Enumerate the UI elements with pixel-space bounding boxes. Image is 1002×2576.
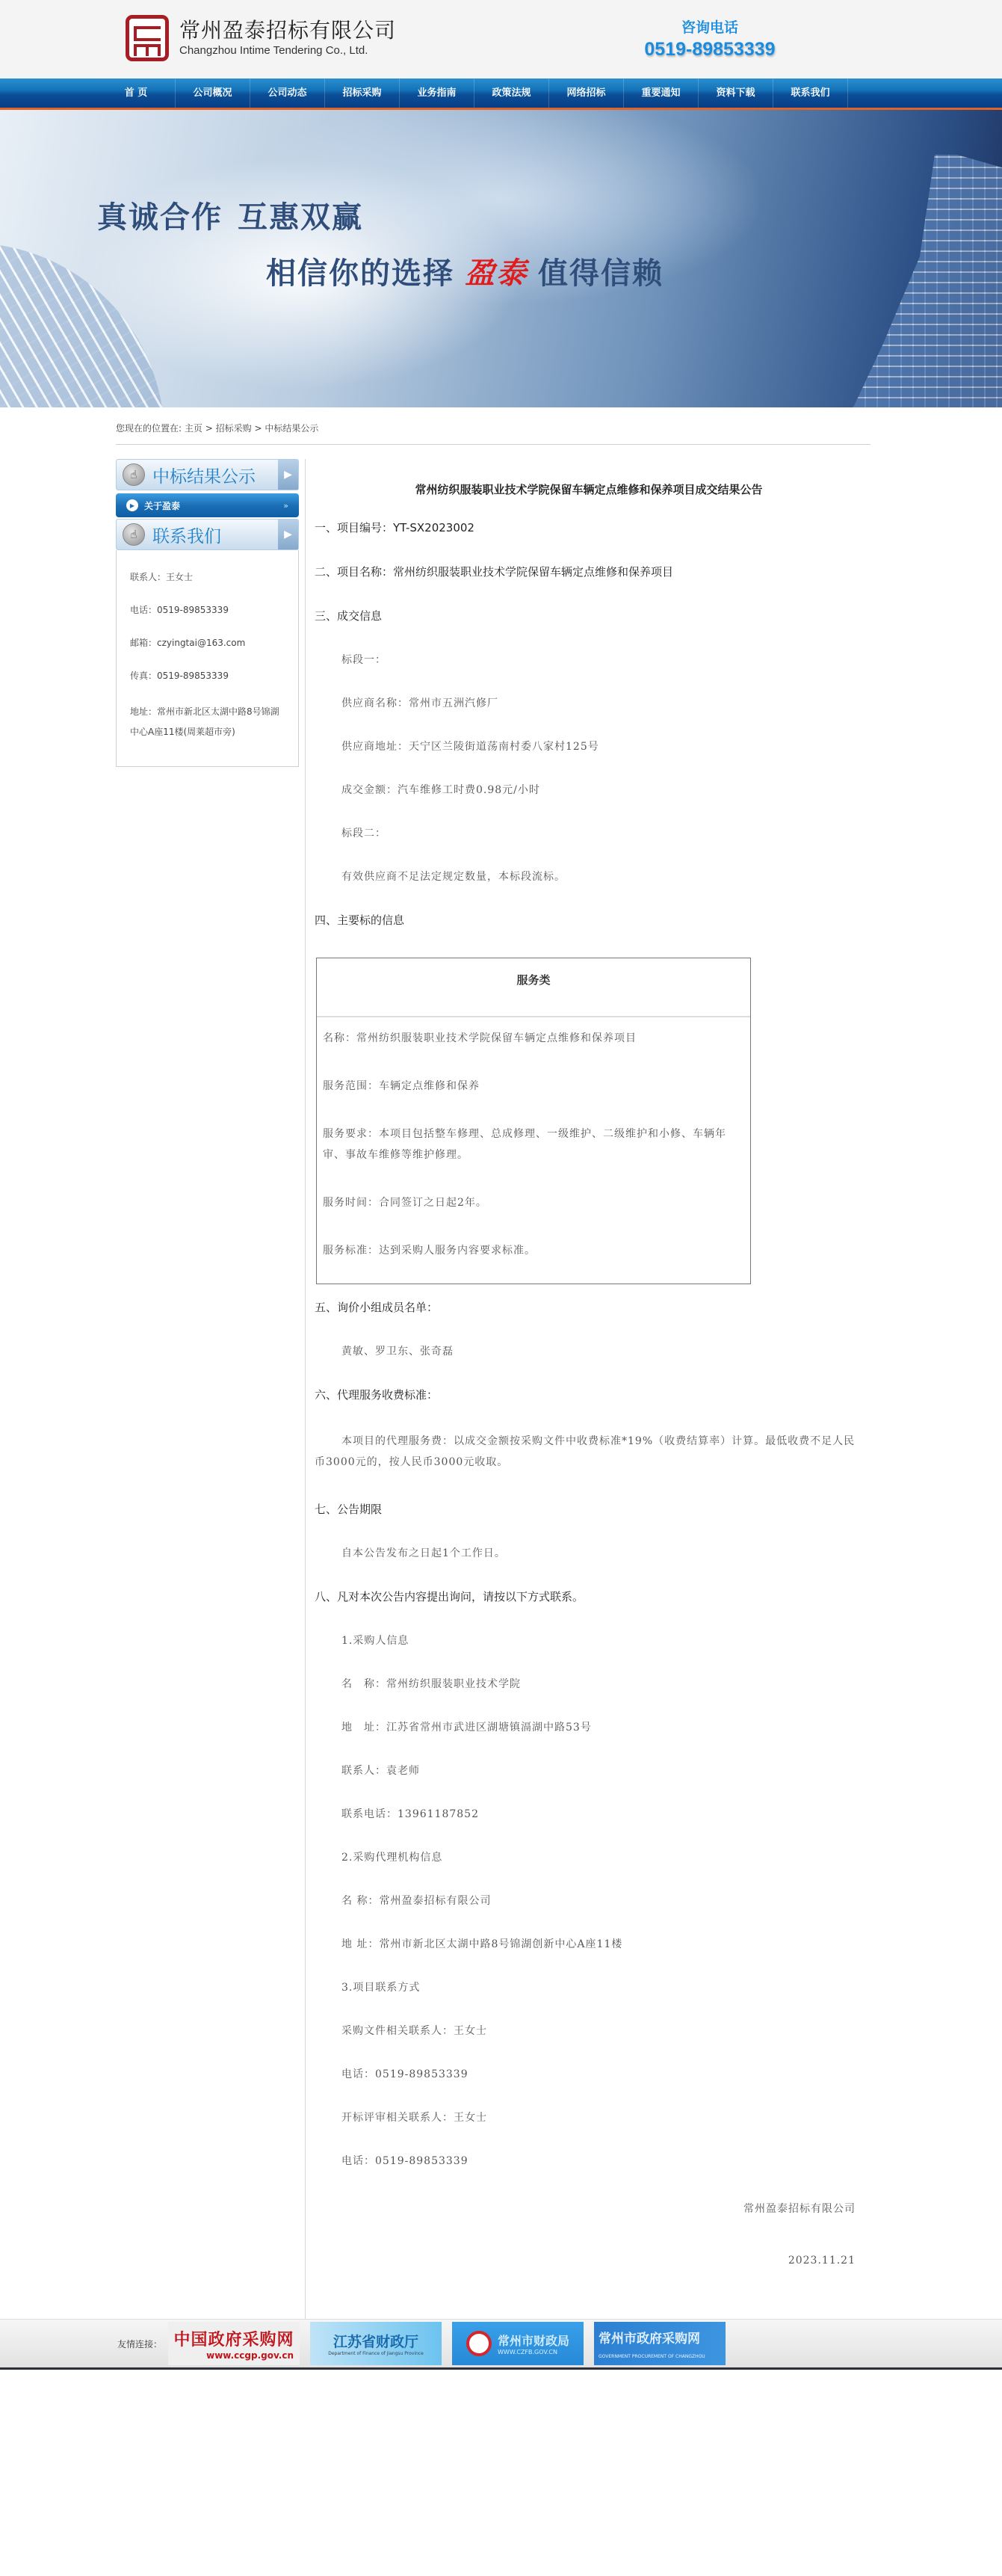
company-name-cn: 常州盈泰招标有限公司 — [179, 18, 396, 43]
sidebar-item-label: 关于盈泰 — [144, 499, 180, 512]
table-row: 服务时间：合同签订之日起2年。 — [323, 1192, 744, 1213]
hotline-label: 咨询电话 — [643, 18, 777, 37]
breadcrumb-tender[interactable]: 招标采购 — [216, 423, 252, 434]
banner-slogan-2: 相信你的选择盈泰值得信赖 — [266, 250, 664, 292]
contact-title: 联系我们 — [152, 523, 221, 547]
panel-members: 黄敏、罗卫东、张奇磊 — [341, 1343, 863, 1358]
nav-notices[interactable]: 重要通知 — [624, 78, 699, 108]
eval-phone: 电话：0519-89853339 — [341, 2153, 863, 2168]
nav-downloads[interactable]: 资料下载 — [699, 78, 773, 108]
nav-company-news[interactable]: 公司动态 — [250, 78, 325, 108]
friend-links-label: 友情连接： — [117, 2338, 162, 2350]
sidebar-section-title: 中标结果公示 — [152, 463, 256, 487]
purchaser-contact: 联系人：袁老师 — [341, 1763, 863, 1778]
lot1-supplier-address: 供应商地址：天宁区兰陵街道荡南村委八家村125号 — [341, 739, 863, 754]
eval-contact: 开标评审相关联系人：王女士 — [341, 2110, 863, 2124]
purchaser-title: 1.采购人信息 — [341, 1633, 863, 1648]
lot2-label: 标段二： — [341, 825, 863, 840]
emblem-icon — [466, 2331, 492, 2356]
lot2-note: 有效供应商不足法定规定数量，本标段流标。 — [341, 869, 863, 884]
section-notice-period: 七、公告期限 — [315, 1501, 863, 1517]
section-subject-info: 四、主要标的信息 — [315, 912, 863, 928]
lot1-amount: 成交金额：汽车维修工时费0.98元/小时 — [341, 782, 863, 797]
contact-email: 邮箱：czyingtai@163.com — [130, 636, 285, 650]
table-row: 名称：常州纺织服装职业技术学院保留车辆定点维修和保养项目 — [323, 1028, 744, 1049]
breadcrumb-prefix: 您现在的位置在: — [116, 423, 182, 434]
site-header: 常州盈泰招标有限公司 Changzhou Intime Tendering Co… — [0, 0, 1002, 78]
hero-banner: 真诚合作互惠双赢 相信你的选择盈泰值得信赖 — [0, 110, 1002, 407]
main-nav: 首 页 公司概况 公司动态 招标采购 业务指南 政策法规 网络招标 重要通知 资… — [0, 78, 1002, 110]
table-row: 服务标准：达到采购人服务内容要求标准。 — [323, 1240, 744, 1261]
doc-phone: 电话：0519-89853339 — [341, 2066, 863, 2081]
purchaser-address: 地 址：江苏省常州市武进区湖塘镇滆湖中路53号 — [341, 1719, 863, 1734]
contact-fax: 传真：0519-89853339 — [130, 669, 285, 682]
nav-online-tender[interactable]: 网络招标 — [549, 78, 624, 108]
contact-header: ☝ 联系我们 ▶ — [116, 519, 299, 550]
nav-business-guide[interactable]: 业务指南 — [400, 78, 474, 108]
section-agency-fee: 六、代理服务收费标准： — [315, 1387, 863, 1402]
purchaser-name: 名 称：常州纺织服装职业技术学院 — [341, 1676, 863, 1691]
doc-contact: 采购文件相关联系人：王女士 — [341, 2023, 863, 2038]
hand-pointer-icon: ☝ — [123, 523, 145, 546]
agency-title: 2.采购代理机构信息 — [341, 1849, 863, 1864]
banner-slogan-1: 真诚合作互惠双赢 — [97, 194, 363, 236]
link-jiangsu-finance[interactable]: 江苏省财政厅 Department of Finance of Jiangsu … — [310, 2322, 442, 2365]
hotline: 咨询电话 0519-89853339 — [643, 18, 777, 61]
agency-address: 地 址：常州市新北区太湖中路8号锦湖创新中心A座11楼 — [341, 1936, 863, 1951]
nav-company-overview[interactable]: 公司概况 — [176, 78, 250, 108]
table-row: 服务范围：车辆定点维修和保养 — [323, 1076, 744, 1097]
subject-info-table: 服务类 名称：常州纺织服装职业技术学院保留车辆定点维修和保养项目 服务范围：车辆… — [316, 958, 751, 1284]
section-contact: 八、凡对本次公告内容提出询问，请按以下方式联系。 — [315, 1589, 863, 1604]
logo-mark-icon — [126, 15, 169, 61]
building-right-image — [853, 155, 1002, 407]
play-circle-icon: ▶ — [126, 499, 138, 511]
link-changzhou-procurement[interactable]: 常州市政府采购网 GOVERNMENT PROCUREMENT OF CHANG… — [594, 2322, 726, 2365]
project-contact-title: 3.项目联系方式 — [341, 1979, 863, 1994]
signature: 常州盈泰招标有限公司 — [315, 2201, 863, 2216]
agency-fee: 本项目的代理服务费：以成交金额按采购文件中收费标准*19%（收费结算率）计算。最… — [315, 1431, 863, 1473]
nav-policies[interactable]: 政策法规 — [474, 78, 549, 108]
table-body: 名称：常州纺织服装职业技术学院保留车辆定点维修和保养项目 服务范围：车辆定点维修… — [317, 1017, 750, 1284]
section-panel-members: 五、询价小组成员名单： — [315, 1299, 863, 1315]
contact-address: 地址：常州市新北区太湖中路8号锦湖中心A座11楼(周莱超市旁) — [130, 702, 285, 742]
breadcrumb-current[interactable]: 中标结果公示 — [265, 423, 318, 434]
article-title: 常州纺织服装职业技术学院保留车辆定点维修和保养项目成交结果公告 — [315, 481, 863, 497]
section-deal-info: 三、成交信息 — [315, 608, 863, 623]
footer-bottom — [0, 2370, 1002, 2380]
double-chevron-icon: » — [283, 501, 288, 511]
publish-date: 2023.11.21 — [315, 2255, 863, 2267]
nav-tender-procurement[interactable]: 招标采购 — [325, 78, 400, 108]
section-project-number: 一、项目编号：YT-SX2023002 — [315, 520, 863, 535]
arrow-right-icon: ▶ — [278, 520, 298, 549]
hotline-number: 0519-89853339 — [643, 37, 777, 61]
breadcrumb-home[interactable]: 主页 — [185, 423, 202, 434]
notice-period: 自本公告发布之日起1个工作日。 — [341, 1545, 863, 1560]
company-logo[interactable]: 常州盈泰招标有限公司 Changzhou Intime Tendering Co… — [126, 15, 396, 61]
sidebar-item-about[interactable]: ▶ 关于盈泰 » — [116, 493, 299, 517]
agency-name: 名 称：常州盈泰招标有限公司 — [341, 1893, 863, 1908]
lot1-supplier-name: 供应商名称：常州市五洲汽修厂 — [341, 695, 863, 710]
friend-links: 友情连接： 中国政府采购网 www.ccgp.gov.cn 江苏省财政厅 Dep… — [0, 2319, 1002, 2370]
building-left-image — [0, 243, 164, 407]
link-ccgp[interactable]: 中国政府采购网 www.ccgp.gov.cn — [168, 2322, 300, 2365]
nav-home[interactable]: 首 页 — [97, 78, 176, 108]
breadcrumb: 您现在的位置在: 主页 > 招标采购 > 中标结果公示 — [116, 407, 870, 445]
arrow-right-icon: ▶ — [278, 460, 298, 490]
section-project-name: 二、项目名称：常州纺织服装职业技术学院保留车辆定点维修和保养项目 — [315, 564, 863, 579]
contact-box: 联系人：王女士 电话：0519-89853339 邮箱：czyingtai@16… — [116, 550, 299, 767]
table-header: 服务类 — [317, 958, 750, 1017]
nav-contact[interactable]: 联系我们 — [773, 78, 848, 108]
sidebar-section-header: ☝ 中标结果公示 ▶ — [116, 459, 299, 490]
company-name-en: Changzhou Intime Tendering Co., Ltd. — [179, 43, 396, 58]
contact-phone: 电话：0519-89853339 — [130, 603, 285, 617]
hand-pointer-icon: ☝ — [123, 463, 145, 486]
sidebar: ☝ 中标结果公示 ▶ ▶ 关于盈泰 » ☝ 联系我们 ▶ 联系人：王女士 电话：… — [116, 459, 299, 2319]
purchaser-phone: 联系电话：13961187852 — [341, 1806, 863, 1821]
link-changzhou-finance[interactable]: 常州市财政局 WWW.CZFB.GOV.CN — [452, 2322, 584, 2365]
content-wrapper: 您现在的位置在: 主页 > 招标采购 > 中标结果公示 ☝ 中标结果公示 ▶ ▶… — [116, 407, 870, 2319]
contact-person: 联系人：王女士 — [130, 570, 285, 584]
lot1-label: 标段一： — [341, 652, 863, 667]
banner-brand-name: 盈泰 — [465, 256, 528, 291]
article: 常州纺织服装职业技术学院保留车辆定点维修和保养项目成交结果公告 一、项目编号：Y… — [306, 459, 870, 2319]
table-row: 服务要求：本项目包括整车修理、总成修理、一级维护、二级维护和小修、车辆年审、事故… — [323, 1124, 744, 1165]
